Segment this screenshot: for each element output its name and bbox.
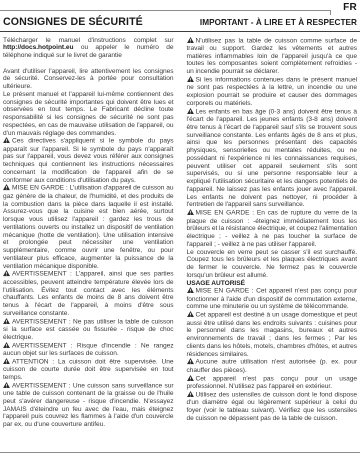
paragraph-text: Cet appareil n'est pas conçu pour un usa… (187, 375, 358, 390)
safety-paragraph: N'utilisez pas la table de cuisson comme… (187, 37, 358, 76)
paragraph-text: Télécharger le manuel d'instructions com… (3, 37, 174, 44)
safety-paragraph: MISE EN GARDE : Cet appareil n'est pas c… (187, 287, 358, 311)
safety-paragraph: ATTENTION : La cuisson doit être supervi… (3, 358, 174, 382)
safety-paragraph: AVERTISSEMENT : Une cuisson sans surveil… (3, 382, 174, 429)
safety-paragraph: Ces directives s'appliquent si le symbol… (3, 137, 174, 184)
paragraph-text: AVERTISSEMENT : Ne pas utiliser la table… (3, 318, 174, 341)
top-rule (0, 10, 331, 15)
safety-paragraph: Le présent manuel et l'appareil lui-même… (3, 91, 174, 138)
safety-paragraph: Cet appareil n'est pas conçu pour un usa… (187, 375, 358, 391)
safety-paragraph: Aucune autre utilisation n'est autorisée… (187, 358, 358, 374)
warning-icon (187, 108, 194, 114)
safety-paragraph: Avant d'utiliser l'appareil, lire attent… (3, 68, 174, 91)
page-title: CONSIGNES DE SÉCURITÉ (3, 16, 143, 28)
safety-paragraph: Utilisez des ustensiles de cuisson dont … (187, 391, 358, 423)
safety-paragraph: MISE EN GARDE : L'utilisation d'appareil… (3, 184, 174, 270)
paragraph-text: Les enfants en bas âge (0-3 ans) doivent… (187, 108, 358, 208)
right-column: N'utilisez pas la table de cuisson comme… (187, 37, 358, 449)
paragraph-text: Avant d'utiliser l'appareil, lire attent… (3, 68, 174, 91)
paragraph-text: Le présent manuel et l'appareil lui-même… (3, 91, 174, 137)
paragraph-text: Ces directives s'appliquent si le symbol… (3, 138, 174, 184)
paragraph-text: AVERTISSEMENT : Une cuisson sans surveil… (3, 382, 174, 428)
page-subtitle: IMPORTANT - À LIRE ET À RESPECTER (200, 18, 357, 27)
warning-icon (187, 209, 194, 215)
safety-paragraph: AVERTISSEMENT : L'appareil, ainsi que se… (3, 270, 174, 317)
manual-page: { "page": { "lang_label": "FR", "title_l… (0, 0, 360, 466)
warning-icon (3, 270, 10, 276)
warning-icon (187, 311, 194, 317)
warning-icon (187, 358, 194, 364)
language-code: FR (343, 2, 357, 13)
warning-icon (187, 391, 194, 397)
safety-paragraph: AVERTISSEMENT : Ne pas utiliser la table… (3, 318, 174, 342)
paragraph-text: MISE EN GARDE : Cet appareil n'est pas c… (187, 288, 358, 311)
paragraph-text: MISE EN GARDE : L'utilisation d'appareil… (3, 185, 174, 270)
section-subheading: USAGE AUTORISÉ (187, 280, 358, 288)
left-column: Télécharger le manuel d'instructions com… (3, 37, 174, 449)
safety-paragraph: MISE EN GARDE : En cas de rupture du ver… (187, 209, 358, 248)
warning-icon (187, 76, 194, 82)
warning-icon (3, 137, 10, 143)
warning-icon (3, 184, 10, 190)
paragraph-text: Cet appareil est destiné à un usage dome… (187, 312, 358, 358)
paragraph-text: Aucune autre utilisation n'est autorisée… (187, 359, 358, 374)
title-row: CONSIGNES DE SÉCURITÉ IMPORTANT - À LIRE… (0, 16, 360, 28)
manual-download-url: http://docs.hotpoint.eu (3, 44, 74, 51)
paragraph-text: Si les informations contenues dans le pr… (187, 77, 358, 107)
paragraph-text: MISE EN GARDE : En cas de rupture du ver… (187, 210, 358, 248)
warning-icon (3, 318, 10, 324)
paragraph-text: USAGE AUTORISÉ (187, 280, 245, 287)
safety-paragraph: AVERTISSEMENT : Risque d'incendie : Ne r… (3, 342, 174, 358)
bottom-rule (0, 452, 360, 453)
top-rule-row: FR (0, 0, 360, 16)
warning-icon (3, 382, 10, 388)
safety-paragraph: Télécharger le manuel d'instructions com… (3, 37, 174, 60)
safety-paragraph: Le couvercle en verre peut se casser s'i… (187, 249, 358, 280)
paragraph-text: Le couvercle en verre peut se casser s'i… (187, 249, 358, 279)
warning-icon (187, 37, 194, 43)
warning-icon (3, 342, 10, 348)
warning-icon (187, 375, 194, 381)
paragraph-text: AVERTISSEMENT : Risque d'incendie : Ne r… (3, 342, 174, 357)
paragraph-text: Utilisez des ustensiles de cuisson dont … (187, 391, 358, 421)
paragraph-text: ATTENTION : La cuisson doit être supervi… (3, 358, 174, 381)
warning-icon (187, 287, 194, 293)
paragraph-text: N'utilisez pas la table de cuisson comme… (187, 37, 358, 75)
page-header: FR CONSIGNES DE SÉCURITÉ IMPORTANT - À L… (0, 0, 360, 32)
safety-paragraph: Cet appareil est destiné à un usage dome… (187, 311, 358, 358)
safety-paragraph: Les enfants en bas âge (0-3 ans) doivent… (187, 108, 358, 209)
safety-paragraph: Si les informations contenues dans le pr… (187, 76, 358, 108)
safety-text-body: Télécharger le manuel d'instructions com… (0, 32, 360, 449)
paragraph-text: AVERTISSEMENT : L'appareil, ainsi que se… (3, 271, 174, 317)
warning-icon (3, 358, 10, 364)
